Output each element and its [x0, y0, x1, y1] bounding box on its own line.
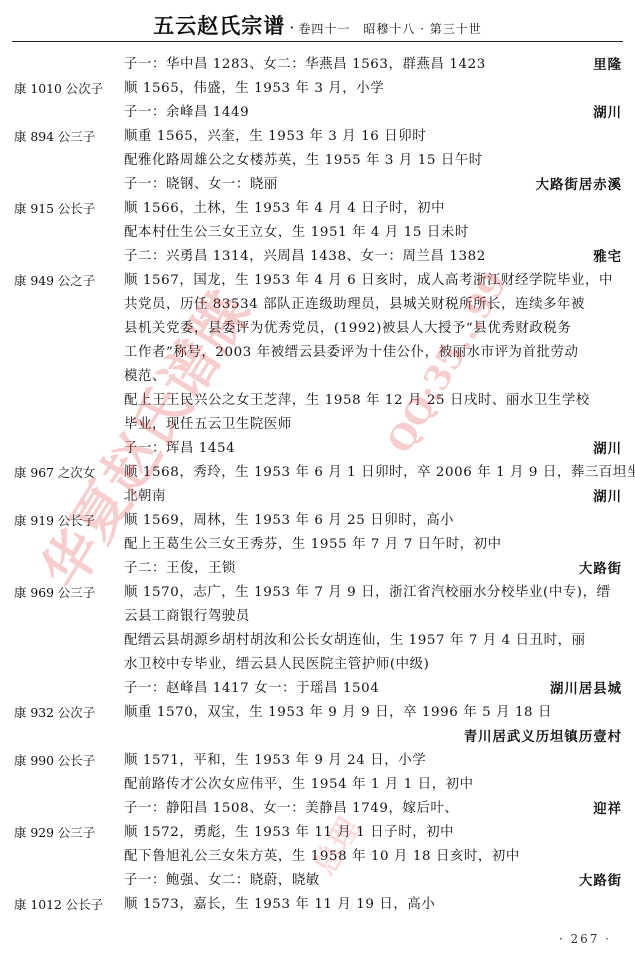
entry-text: 工作者”称号，2003 年被缙云县委评为十佳公仆，被丽水市评为首批劳动	[124, 341, 579, 365]
entry-line: 子一：珲昌 1454湖川	[0, 437, 635, 461]
entry-line: 配上王王民兴公之女王芝萍，生 1958 年 12 月 25 日戌时、丽水卫生学校	[0, 389, 635, 413]
entry-text: 顺 1572，勇彪，生 1953 年 11 月 1 日子时，初中	[124, 821, 454, 845]
entry-text: 顺重 1565，兴奎，生 1953 年 3 月 16 日卯时	[124, 125, 426, 149]
lineage-label: 康 915 公长子	[14, 197, 114, 221]
entry-line: 子一：晓钢、女一：晓丽大路街居赤溪	[0, 173, 635, 197]
residence-place: 里隆	[593, 53, 622, 77]
entry-text: 配下鲁旭礼公三女朱方英，生 1958 年 10 月 18 日亥时，初中	[124, 845, 520, 869]
entry-line: 康 894 公三子顺重 1565，兴奎，生 1953 年 3 月 16 日卯时	[0, 125, 635, 149]
header-rule	[12, 41, 623, 42]
entry-text: 云县工商银行驾驶员	[124, 605, 250, 629]
entry-text: 顺 1571，平和，生 1953 年 9 月 24 日，小学	[124, 749, 426, 773]
entry-line: 康 990 公长子顺 1571，平和，生 1953 年 9 月 24 日，小学	[0, 749, 635, 773]
entry-text: 子一：华中昌 1283、女二：华燕昌 1563，群燕昌 1423	[124, 53, 486, 77]
entry-text: 顺 1565，伟盛，生 1953 年 3 月，小学	[124, 77, 384, 101]
entry-line: 青川居武义历坦镇历壹村	[0, 725, 635, 749]
entry-line: 云县工商银行驾驶员	[0, 605, 635, 629]
entry-text: 顺 1569，周林，生 1953 年 6 月 25 日卯时，高小	[124, 509, 454, 533]
entry-line: 配本村仕生公三女王立女，生 1951 年 4 月 15 日未时	[0, 221, 635, 245]
entry-line: 子一：华中昌 1283、女二：华燕昌 1563，群燕昌 1423里隆	[0, 53, 635, 77]
entry-text: 配前路传才公次女应伟平，生 1954 年 1 月 1 日，初中	[124, 773, 474, 797]
entry-line: 毕业，现任五云卫生院医师	[0, 413, 635, 437]
lineage-label: 康 969 公三子	[14, 581, 114, 605]
entry-text: 顺 1568，秀玲，生 1953 年 6 月 1 日卯时，卒 2006 年 1 …	[124, 461, 635, 485]
residence-place: 大路街	[579, 557, 622, 581]
entry-line: 北朝南湖川	[0, 485, 635, 509]
entry-line: 模范、	[0, 365, 635, 389]
entry-text: 配缙云县胡源乡胡村胡汝和公长女胡连仙，生 1957 年 7 月 4 日丑时，丽	[124, 629, 586, 653]
entry-line: 康 919 公长子顺 1569，周林，生 1953 年 6 月 25 日卯时，高…	[0, 509, 635, 533]
entry-line: 康 915 公长子顺 1566，土林，生 1953 年 4 月 4 日子时，初中	[0, 197, 635, 221]
entry-line: 县机关党委，县委评为优秀党员，(1992)被县人大授予“县优秀财政税务	[0, 317, 635, 341]
lineage-label: 康 990 公长子	[14, 749, 114, 773]
entry-text: 子一：珲昌 1454	[124, 437, 235, 461]
entry-text: 毕业，现任五云卫生院医师	[124, 413, 292, 437]
entry-line: 子二：兴勇昌 1314，兴周昌 1438、女一：周兰昌 1382雅宅	[0, 245, 635, 269]
entry-text: 子一：赵峰昌 1417 女一：于瑶昌 1504	[124, 677, 379, 701]
entry-text: 子一：鲍强、女二：晓蔚，晓敏	[124, 869, 320, 893]
entry-line: 康 932 公次子顺重 1570，双宝，生 1953 年 9 月 9 日，卒 1…	[0, 701, 635, 725]
entry-text: 配上王王民兴公之女王芝萍，生 1958 年 12 月 25 日戌时、丽水卫生学校	[124, 389, 590, 413]
title-separator: ·	[289, 18, 294, 37]
genealogy-entries: 子一：华中昌 1283、女二：华燕昌 1563，群燕昌 1423里隆康 1010…	[0, 53, 635, 917]
entry-text: 顺 1573，嘉长，生 1953 年 11 月 19 日，高小	[124, 893, 435, 917]
entry-line: 共党员，历任 83534 部队正连级助理员，县城关财税所所长，连续多年被	[0, 293, 635, 317]
entry-line: 配上王葛生公三女王秀芬，生 1955 年 7 月 7 日午时，初中	[0, 533, 635, 557]
entry-text: 北朝南	[124, 485, 166, 509]
page-number: · 267 ·	[559, 932, 611, 946]
lineage-label: 康 919 公长子	[14, 509, 114, 533]
entry-line: 康 967 之次女顺 1568，秀玲，生 1953 年 6 月 1 日卯时，卒 …	[0, 461, 635, 485]
page-header: 五云赵氏宗谱·卷四十一 昭穆十八 · 第三十世	[0, 10, 635, 40]
entry-text: 顺 1567，国龙，生 1953 年 4 月 6 日亥时，成人高考浙江财经学院毕…	[124, 269, 613, 293]
residence-place: 大路街	[579, 869, 622, 893]
entry-line: 康 949 公之子顺 1567，国龙，生 1953 年 4 月 6 日亥时，成人…	[0, 269, 635, 293]
lineage-label: 康 1010 公次子	[14, 77, 114, 101]
entry-text: 模范、	[124, 365, 166, 389]
entry-line: 子一：赵峰昌 1417 女一：于瑶昌 1504湖川居县城	[0, 677, 635, 701]
entry-text: 配本村仕生公三女王立女，生 1951 年 4 月 15 日未时	[124, 221, 469, 245]
entry-text: 顺重 1570，双宝，生 1953 年 9 月 9 日，卒 1996 年 5 月…	[124, 701, 552, 725]
entry-line: 康 1010 公次子顺 1565，伟盛，生 1953 年 3 月，小学	[0, 77, 635, 101]
lineage-label: 康 967 之次女	[14, 461, 114, 485]
entry-text: 县机关党委，县委评为优秀党员，(1992)被县人大授予“县优秀财政税务	[124, 317, 571, 341]
entry-line: 康 969 公三子顺 1570，志广，生 1953 年 7 月 9 日，浙江省汽…	[0, 581, 635, 605]
entry-text: 子一：晓钢、女一：晓丽	[124, 173, 278, 197]
lineage-label: 康 1012 公长子	[14, 893, 114, 917]
residence-place: 湖川居县城	[550, 677, 622, 701]
entry-line: 配前路传才公次女应伟平，生 1954 年 1 月 1 日，初中	[0, 773, 635, 797]
book-title: 五云赵氏宗谱	[153, 13, 285, 38]
entry-line: 配雅化路周雄公之女楼苏英，生 1955 年 3 月 15 日午时	[0, 149, 635, 173]
residence-place: 青川居武义历坦镇历壹村	[464, 725, 622, 749]
entry-text: 配雅化路周雄公之女楼苏英，生 1955 年 3 月 15 日午时	[124, 149, 483, 173]
entry-text: 子一：静阳昌 1508、女一：美静昌 1749，嫁后叶、	[124, 797, 459, 821]
entry-line: 子一：余峰昌 1449湖川	[0, 101, 635, 125]
residence-place: 湖川	[593, 485, 622, 509]
entry-line: 配缙云县胡源乡胡村胡汝和公长女胡连仙，生 1957 年 7 月 4 日丑时，丽	[0, 629, 635, 653]
residence-place: 迎祥	[593, 797, 622, 821]
residence-place: 雅宅	[593, 245, 622, 269]
entry-text: 子二：兴勇昌 1314，兴周昌 1438、女一：周兰昌 1382	[124, 245, 486, 269]
entry-text: 子一：余峰昌 1449	[124, 101, 249, 125]
lineage-label: 康 932 公次子	[14, 701, 114, 725]
residence-place: 湖川	[593, 437, 622, 461]
entry-line: 子一：静阳昌 1508、女一：美静昌 1749，嫁后叶、迎祥	[0, 797, 635, 821]
entry-line: 子一：鲍强、女二：晓蔚，晓敏大路街	[0, 869, 635, 893]
entry-line: 子二：王俊，王锁大路街	[0, 557, 635, 581]
lineage-label: 康 929 公三子	[14, 821, 114, 845]
lineage-label: 康 894 公三子	[14, 125, 114, 149]
entry-line: 康 1012 公长子顺 1573，嘉长，生 1953 年 11 月 19 日，高…	[0, 893, 635, 917]
entry-text: 水卫校中专毕业，缙云县人民医院主管护师(中级)	[124, 653, 429, 677]
entry-text: 顺 1566，土林，生 1953 年 4 月 4 日子时，初中	[124, 197, 445, 221]
entry-line: 配下鲁旭礼公三女朱方英，生 1958 年 10 月 18 日亥时，初中	[0, 845, 635, 869]
entry-text: 共党员，历任 83534 部队正连级助理员，县城关财税所所长，连续多年被	[124, 293, 585, 317]
entry-line: 水卫校中专毕业，缙云县人民医院主管护师(中级)	[0, 653, 635, 677]
residence-place: 湖川	[593, 101, 622, 125]
residence-place: 大路街居赤溪	[536, 173, 622, 197]
entry-text: 顺 1570，志广，生 1953 年 7 月 9 日，浙江省汽校丽水分校毕业(中…	[124, 581, 611, 605]
entry-line: 工作者”称号，2003 年被缙云县委评为十佳公仆，被丽水市评为首批劳动	[0, 341, 635, 365]
lineage-label: 康 949 公之子	[14, 269, 114, 293]
volume-subtitle: 卷四十一 昭穆十八 · 第三十世	[298, 22, 481, 36]
entry-line: 康 929 公三子顺 1572，勇彪，生 1953 年 11 月 1 日子时，初…	[0, 821, 635, 845]
entry-text: 子二：王俊，王锁	[124, 557, 236, 581]
entry-text: 配上王葛生公三女王秀芬，生 1955 年 7 月 7 日午时，初中	[124, 533, 502, 557]
